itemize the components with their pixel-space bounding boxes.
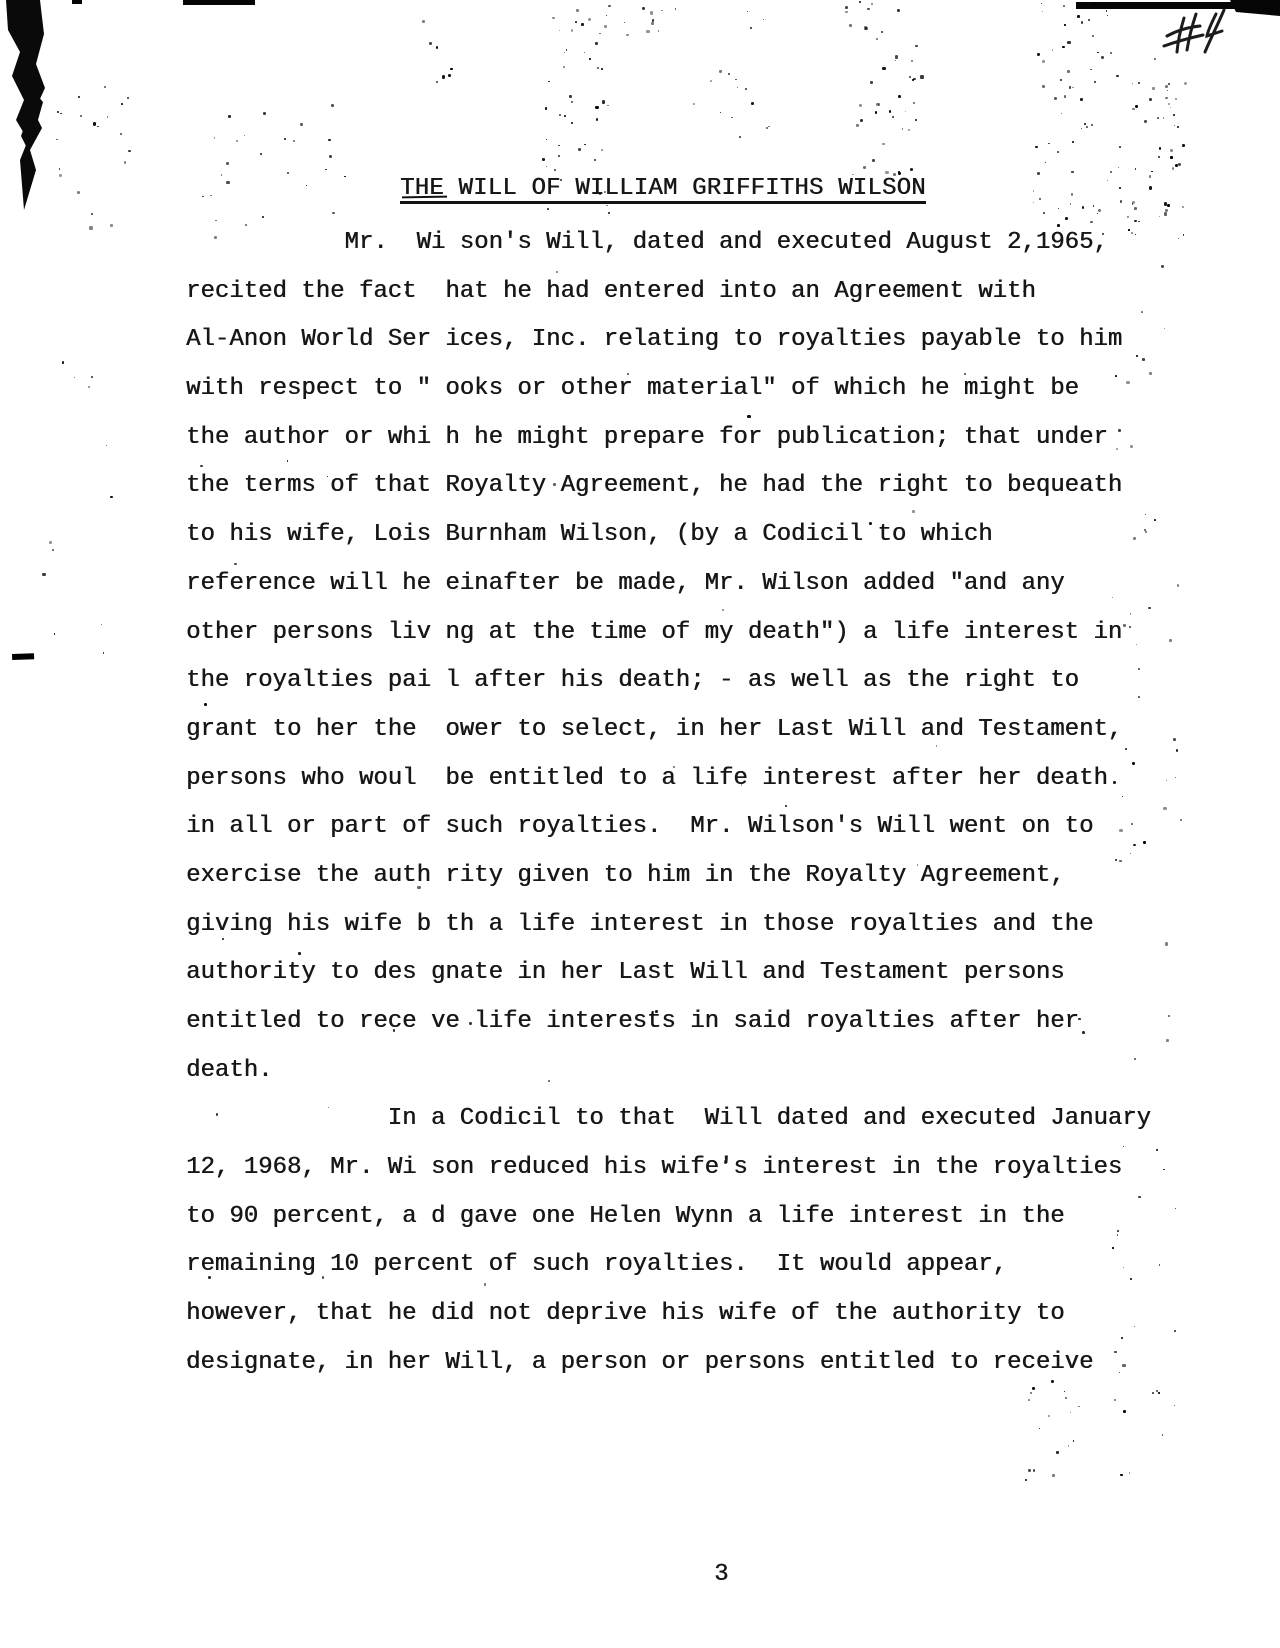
speck-dot — [596, 118, 599, 121]
speck-dot — [1120, 200, 1122, 202]
text-line: reference will he einafter be made, Mr. … — [186, 560, 1151, 609]
speck-dot — [871, 3, 873, 5]
speck-dot — [908, 129, 910, 131]
speck-dot — [128, 150, 130, 152]
speck-dot — [1168, 103, 1170, 105]
speck-dot — [1106, 10, 1107, 11]
speck-dot — [1037, 53, 1040, 56]
speck-dot — [1184, 82, 1187, 85]
speck-dot — [1180, 819, 1182, 821]
speck-dot — [1094, 81, 1096, 83]
speck-dot — [849, 24, 852, 27]
speck-dot — [646, 30, 649, 33]
text-line: In a Codicil to that Will dated and exec… — [186, 1095, 1151, 1144]
speck-dot — [1165, 209, 1168, 212]
speck-dot — [1114, 1399, 1116, 1401]
speck-dot — [1176, 749, 1179, 752]
speck-dot — [597, 67, 599, 69]
speck-dot — [1135, 105, 1138, 108]
speck-dot — [1084, 123, 1086, 125]
speck-dot — [1177, 584, 1179, 586]
speck-dot — [107, 116, 109, 118]
speck-dot — [1170, 107, 1172, 109]
speck-dot — [1164, 328, 1165, 329]
speck-dot — [1110, 52, 1112, 54]
speck-dot — [1098, 209, 1101, 212]
speck-dot — [693, 103, 695, 105]
text-line: exercise the auth rity given to him in t… — [186, 852, 1151, 901]
speck-dot — [1041, 3, 1043, 5]
speck-dot — [1166, 1039, 1169, 1042]
speck-dot — [1138, 82, 1140, 84]
speck-dot — [915, 45, 918, 48]
speck-dot — [1159, 147, 1162, 150]
speck-dot — [1093, 3, 1096, 6]
speck-dot — [1073, 1440, 1074, 1441]
speck-dot — [1175, 1208, 1176, 1209]
speck-dot — [546, 166, 547, 167]
text-line: with respect to " ooks or other material… — [186, 365, 1151, 414]
page-number: 3 — [714, 1563, 728, 1587]
speck-dot — [344, 176, 346, 178]
speck-dot — [563, 66, 565, 68]
speck-dot — [867, 8, 870, 11]
speck-dot — [436, 46, 438, 48]
speck-dot — [747, 11, 748, 12]
speck-dot — [74, 377, 75, 378]
speck-dot — [1033, 202, 1034, 203]
speck-dot — [865, 27, 868, 30]
speck-dot — [651, 22, 654, 25]
speck-dot — [1168, 83, 1170, 85]
speck-dot — [1110, 171, 1112, 173]
speck-dot — [1097, 213, 1098, 214]
speck-dot — [1071, 171, 1073, 173]
corner-blob-artifact — [6, 0, 45, 210]
speck-dot — [1042, 85, 1045, 88]
speck-dot — [1028, 1399, 1030, 1401]
speck-dot — [766, 127, 768, 129]
speck-dot — [882, 67, 885, 70]
speck-dot — [1172, 167, 1175, 170]
speck-dot — [1152, 1392, 1154, 1394]
speck-dot — [1082, 206, 1085, 209]
speck-dot — [882, 143, 884, 145]
speck-dot — [88, 386, 90, 388]
speck-dot — [60, 113, 62, 115]
speck-dot — [422, 20, 425, 23]
speck-dot — [902, 128, 903, 129]
speck-dot — [62, 361, 64, 363]
speck-dot — [1081, 128, 1082, 129]
text-line: the terms of that Royalty Agreement, he … — [186, 462, 1151, 511]
speck-dot — [1058, 208, 1059, 209]
speck-dot — [1072, 87, 1074, 89]
speck-dot — [124, 161, 127, 164]
speck-dot — [214, 137, 216, 139]
speck-dot — [1028, 1469, 1031, 1472]
speck-dot — [103, 652, 104, 653]
speck-dot — [1173, 738, 1176, 741]
text-line: the royalties pai l after his death; - a… — [186, 657, 1151, 706]
speck-dot — [1119, 187, 1121, 189]
speck-dot — [735, 79, 736, 80]
speck-dot — [1170, 156, 1173, 159]
speck-dot — [588, 18, 591, 21]
speck-dot — [1159, 216, 1160, 217]
speck-dot — [104, 86, 107, 89]
speck-dot — [91, 376, 93, 378]
document-title: THE WILL OF WILLIAM GRIFFITHS WILSON — [400, 177, 926, 204]
speck-dot — [1033, 1469, 1036, 1472]
speck-dot — [1174, 1330, 1176, 1332]
speck-dot — [1132, 83, 1133, 84]
speck-dot — [581, 23, 583, 25]
text-line: remaining 10 percent of such royalties. … — [186, 1241, 1151, 1290]
speck-dot — [575, 21, 577, 23]
speck-dot — [244, 135, 246, 137]
speck-dot — [909, 76, 912, 79]
speck-dot — [1042, 11, 1043, 12]
speck-dot — [331, 104, 334, 107]
speck-dot — [1175, 98, 1177, 100]
speck-dot — [1043, 212, 1045, 214]
speck-dot — [608, 5, 610, 7]
speck-dot — [1151, 171, 1153, 173]
speck-dot — [558, 155, 560, 157]
speck-dot — [1033, 190, 1034, 191]
speck-dot — [1134, 207, 1137, 210]
speck-dot — [576, 9, 579, 12]
speck-dot — [1164, 202, 1167, 205]
speck-dot — [1157, 117, 1159, 119]
speck-dot — [1037, 172, 1040, 175]
speck-dot — [1156, 1149, 1158, 1151]
speck-dot — [1164, 212, 1167, 215]
speck-dot — [284, 138, 286, 140]
speck-dot — [1068, 1445, 1069, 1446]
speck-dot — [78, 96, 80, 98]
speck-dot — [1166, 780, 1167, 781]
speck-dot — [589, 58, 591, 60]
text-line: in all or part of such royalties. Mr. Wi… — [186, 803, 1151, 852]
speck-dot — [1067, 70, 1070, 73]
speck-dot — [915, 119, 917, 121]
speck-dot — [739, 136, 741, 138]
speck-dot — [429, 42, 432, 45]
speck-dot — [306, 185, 307, 186]
speck-dot — [564, 52, 565, 53]
speck-dot — [1144, 120, 1147, 123]
speck-dot — [1081, 21, 1084, 24]
speck-dot — [863, 166, 866, 169]
speck-dot — [892, 116, 894, 118]
speck-dot — [1132, 108, 1135, 111]
speck-dot — [1163, 1169, 1164, 1170]
speck-dot — [1025, 1479, 1026, 1480]
speck-dot — [1093, 205, 1095, 207]
speck-dot — [221, 174, 222, 175]
speck-dot — [1035, 146, 1037, 148]
speck-dot — [608, 212, 610, 214]
speck-dot — [658, 30, 660, 32]
speck-dot — [913, 78, 915, 80]
speck-dot — [569, 95, 572, 98]
speck-dot — [1030, 1392, 1032, 1394]
speck-dot — [720, 112, 721, 113]
speck-dot — [1091, 124, 1093, 126]
speck-dot — [584, 52, 585, 53]
speck-dot — [864, 26, 867, 29]
speck-dot — [1061, 113, 1062, 114]
speck-dot — [552, 17, 554, 19]
speck-dot — [719, 70, 722, 73]
speck-dot — [728, 73, 730, 75]
speck-dot — [546, 139, 547, 140]
speck-dot — [1088, 19, 1090, 21]
speck-dot — [1165, 85, 1168, 88]
text-line: recited the fact hat he had entered into… — [186, 268, 1151, 317]
speck-dot — [287, 172, 289, 174]
speck-dot — [226, 162, 228, 164]
speck-dot — [1174, 125, 1175, 126]
speck-dot — [599, 33, 601, 35]
speck-dot — [1119, 146, 1120, 147]
speck-dot — [1132, 203, 1134, 205]
speck-dot — [1097, 52, 1098, 53]
speck-dot — [1163, 807, 1166, 810]
speck-dot — [1064, 24, 1066, 26]
speck-dot — [895, 60, 897, 62]
speck-dot — [881, 31, 883, 33]
speck-dot — [1048, 1415, 1051, 1418]
speck-dot — [1042, 60, 1045, 63]
speck-dot — [1077, 15, 1080, 18]
speck-dot — [263, 112, 266, 115]
speck-dot — [328, 139, 331, 142]
speck-dot — [1165, 942, 1168, 945]
speck-dot — [859, 104, 862, 107]
speck-dot — [236, 140, 238, 142]
speck-dot — [911, 60, 913, 62]
text-line: entitled to rece ve life interests in sa… — [186, 998, 1151, 1047]
speck-dot — [763, 19, 764, 20]
speck-dot — [59, 168, 60, 169]
speck-dot — [566, 49, 567, 50]
speck-dot — [56, 139, 57, 140]
speck-dot — [898, 171, 900, 173]
speck-dot — [1149, 98, 1152, 101]
speck-dot — [910, 168, 913, 171]
speck-dot — [905, 111, 906, 112]
speck-dot — [1177, 126, 1179, 128]
speck-dot — [1173, 114, 1175, 116]
handwritten-mark-4 — [1164, 10, 1224, 52]
speck-dot — [548, 81, 549, 82]
text-line: Al-Anon World Ser ices, Inc. relating to… — [186, 316, 1151, 365]
text-line: however, that he did not deprive his wif… — [186, 1290, 1151, 1339]
speck-dot — [1101, 56, 1104, 59]
speck-dot — [448, 74, 451, 77]
text-line: death. — [186, 1047, 1151, 1096]
speck-dot — [1169, 639, 1172, 642]
speck-dot — [228, 115, 231, 118]
speck-dot — [42, 573, 45, 576]
speck-dot — [1072, 141, 1074, 143]
speck-dot — [1154, 58, 1156, 60]
speck-dot — [260, 153, 262, 155]
speck-dot — [571, 101, 573, 103]
speck-dot — [1129, 1472, 1131, 1474]
speck-dot — [1159, 1264, 1160, 1265]
scanned-page: THE WILL OF WILLIAM GRIFFITHS WILSON Mr.… — [0, 0, 1280, 1648]
speck-dot — [93, 122, 96, 125]
speck-dot — [912, 79, 914, 81]
speck-dot — [1163, 117, 1165, 119]
speck-dot — [1039, 1428, 1040, 1429]
speck-dot — [1182, 206, 1184, 208]
speck-dot — [1135, 168, 1136, 169]
speck-dot — [642, 7, 645, 10]
speck-dot — [875, 111, 877, 113]
speck-dot — [604, 25, 607, 28]
speck-dot — [1123, 1410, 1126, 1413]
speck-dot — [1064, 1391, 1065, 1392]
speck-dot — [1167, 90, 1168, 91]
speck-dot — [1162, 1434, 1163, 1435]
speck-dot — [602, 100, 605, 103]
speck-dot — [885, 171, 888, 174]
speck-dot — [293, 140, 294, 141]
speck-dot — [1182, 144, 1185, 147]
speck-dot — [1092, 35, 1094, 37]
speck-dot — [1127, 216, 1129, 218]
speck-dot — [661, 10, 662, 11]
speck-dot — [542, 158, 545, 161]
speck-dot — [57, 111, 59, 113]
speck-dot — [601, 149, 603, 151]
speck-dot — [737, 87, 738, 88]
speck-dot — [1060, 79, 1062, 81]
speck-dot — [626, 34, 628, 36]
top-edge-scan-bar — [72, 0, 1280, 16]
speck-dot — [1178, 238, 1180, 240]
text-line: giving his wife b th a life interest in … — [186, 901, 1151, 950]
speck-dot — [1107, 15, 1109, 17]
speck-dot — [226, 181, 229, 184]
speck-dot — [710, 80, 712, 82]
speck-dot — [1071, 193, 1074, 196]
speck-dot — [571, 29, 574, 32]
speck-dot — [595, 42, 598, 45]
text-line: to his wife, Lois Burnham Wilson, (by a … — [186, 511, 1151, 560]
document-body: Mr. Wi son's Will, dated and executed Au… — [186, 219, 1151, 1388]
speck-dot — [450, 68, 452, 70]
speck-dot — [1168, 1015, 1170, 1017]
speck-dot — [547, 208, 549, 210]
speck-dot — [1056, 1451, 1058, 1453]
text-line: designate, in her Will, a person or pers… — [186, 1339, 1151, 1388]
speck-dot — [1045, 162, 1046, 163]
speck-dot — [675, 8, 676, 9]
speck-dot — [1052, 1474, 1054, 1476]
speck-dot — [1069, 86, 1072, 89]
speck-dot — [329, 155, 332, 158]
text-line: authority to des gnate in her Last Will … — [186, 949, 1151, 998]
speck-dot — [1048, 143, 1049, 144]
speck-dot — [1183, 234, 1185, 236]
speck-dot — [559, 114, 561, 116]
speck-dot — [545, 107, 547, 109]
speck-dot — [1062, 46, 1065, 49]
speck-dot — [1039, 198, 1041, 200]
speck-dot — [860, 119, 863, 122]
speck-dot — [106, 445, 107, 446]
speck-dot — [1154, 519, 1156, 521]
speck-dot — [750, 27, 752, 29]
speck-dot — [1165, 97, 1168, 100]
speck-dot — [768, 126, 769, 127]
text-line: persons who woul be entitled to a life i… — [186, 755, 1151, 804]
speck-dot — [202, 196, 203, 197]
speck-dot — [559, 30, 560, 31]
speck-dot — [595, 106, 598, 109]
speck-dot — [889, 110, 891, 112]
speck-dot — [1080, 98, 1083, 101]
speck-dot — [845, 11, 848, 14]
speck-dot — [650, 11, 653, 14]
speck-dot — [876, 38, 878, 40]
speck-dot — [110, 224, 113, 227]
text-line: the author or whi h he might prepare for… — [186, 414, 1151, 463]
speck-dot — [594, 159, 597, 162]
speck-dot — [332, 212, 335, 215]
speck-dot — [1090, 69, 1092, 71]
speck-dot — [607, 105, 609, 107]
speck-dot — [97, 126, 98, 127]
text-line: grant to her the ower to select, in her … — [186, 706, 1151, 755]
speck-dot — [262, 216, 264, 218]
speck-dot — [584, 144, 586, 146]
speck-dot — [1175, 164, 1178, 167]
speck-dot — [1078, 1406, 1080, 1408]
speck-dot — [101, 624, 103, 626]
speck-dot — [1064, 95, 1066, 97]
speck-dot — [606, 15, 607, 16]
speck-dot — [731, 117, 732, 118]
speck-dot — [1158, 156, 1160, 158]
speck-dot — [1175, 777, 1176, 778]
left-margin-dash-artifact — [12, 653, 34, 660]
speck-dot — [859, 1, 861, 3]
speck-dot — [751, 102, 754, 105]
speck-dot — [80, 115, 83, 118]
speck-dot — [1132, 201, 1135, 204]
speck-dot — [897, 9, 900, 12]
speck-dot — [571, 122, 573, 124]
speck-dot — [1174, 1405, 1175, 1406]
speck-dot — [1032, 1387, 1035, 1390]
speck-dot — [1118, 167, 1119, 168]
speck-dot — [300, 123, 303, 126]
speck-dot — [1170, 149, 1173, 152]
speck-dot — [121, 103, 123, 105]
speck-dot — [745, 88, 747, 90]
speck-dot — [127, 97, 129, 99]
text-line: to 90 percent, a d gave one Helen Wynn a… — [186, 1193, 1151, 1242]
speck-dot — [1063, 5, 1065, 7]
speck-dot — [89, 226, 92, 229]
